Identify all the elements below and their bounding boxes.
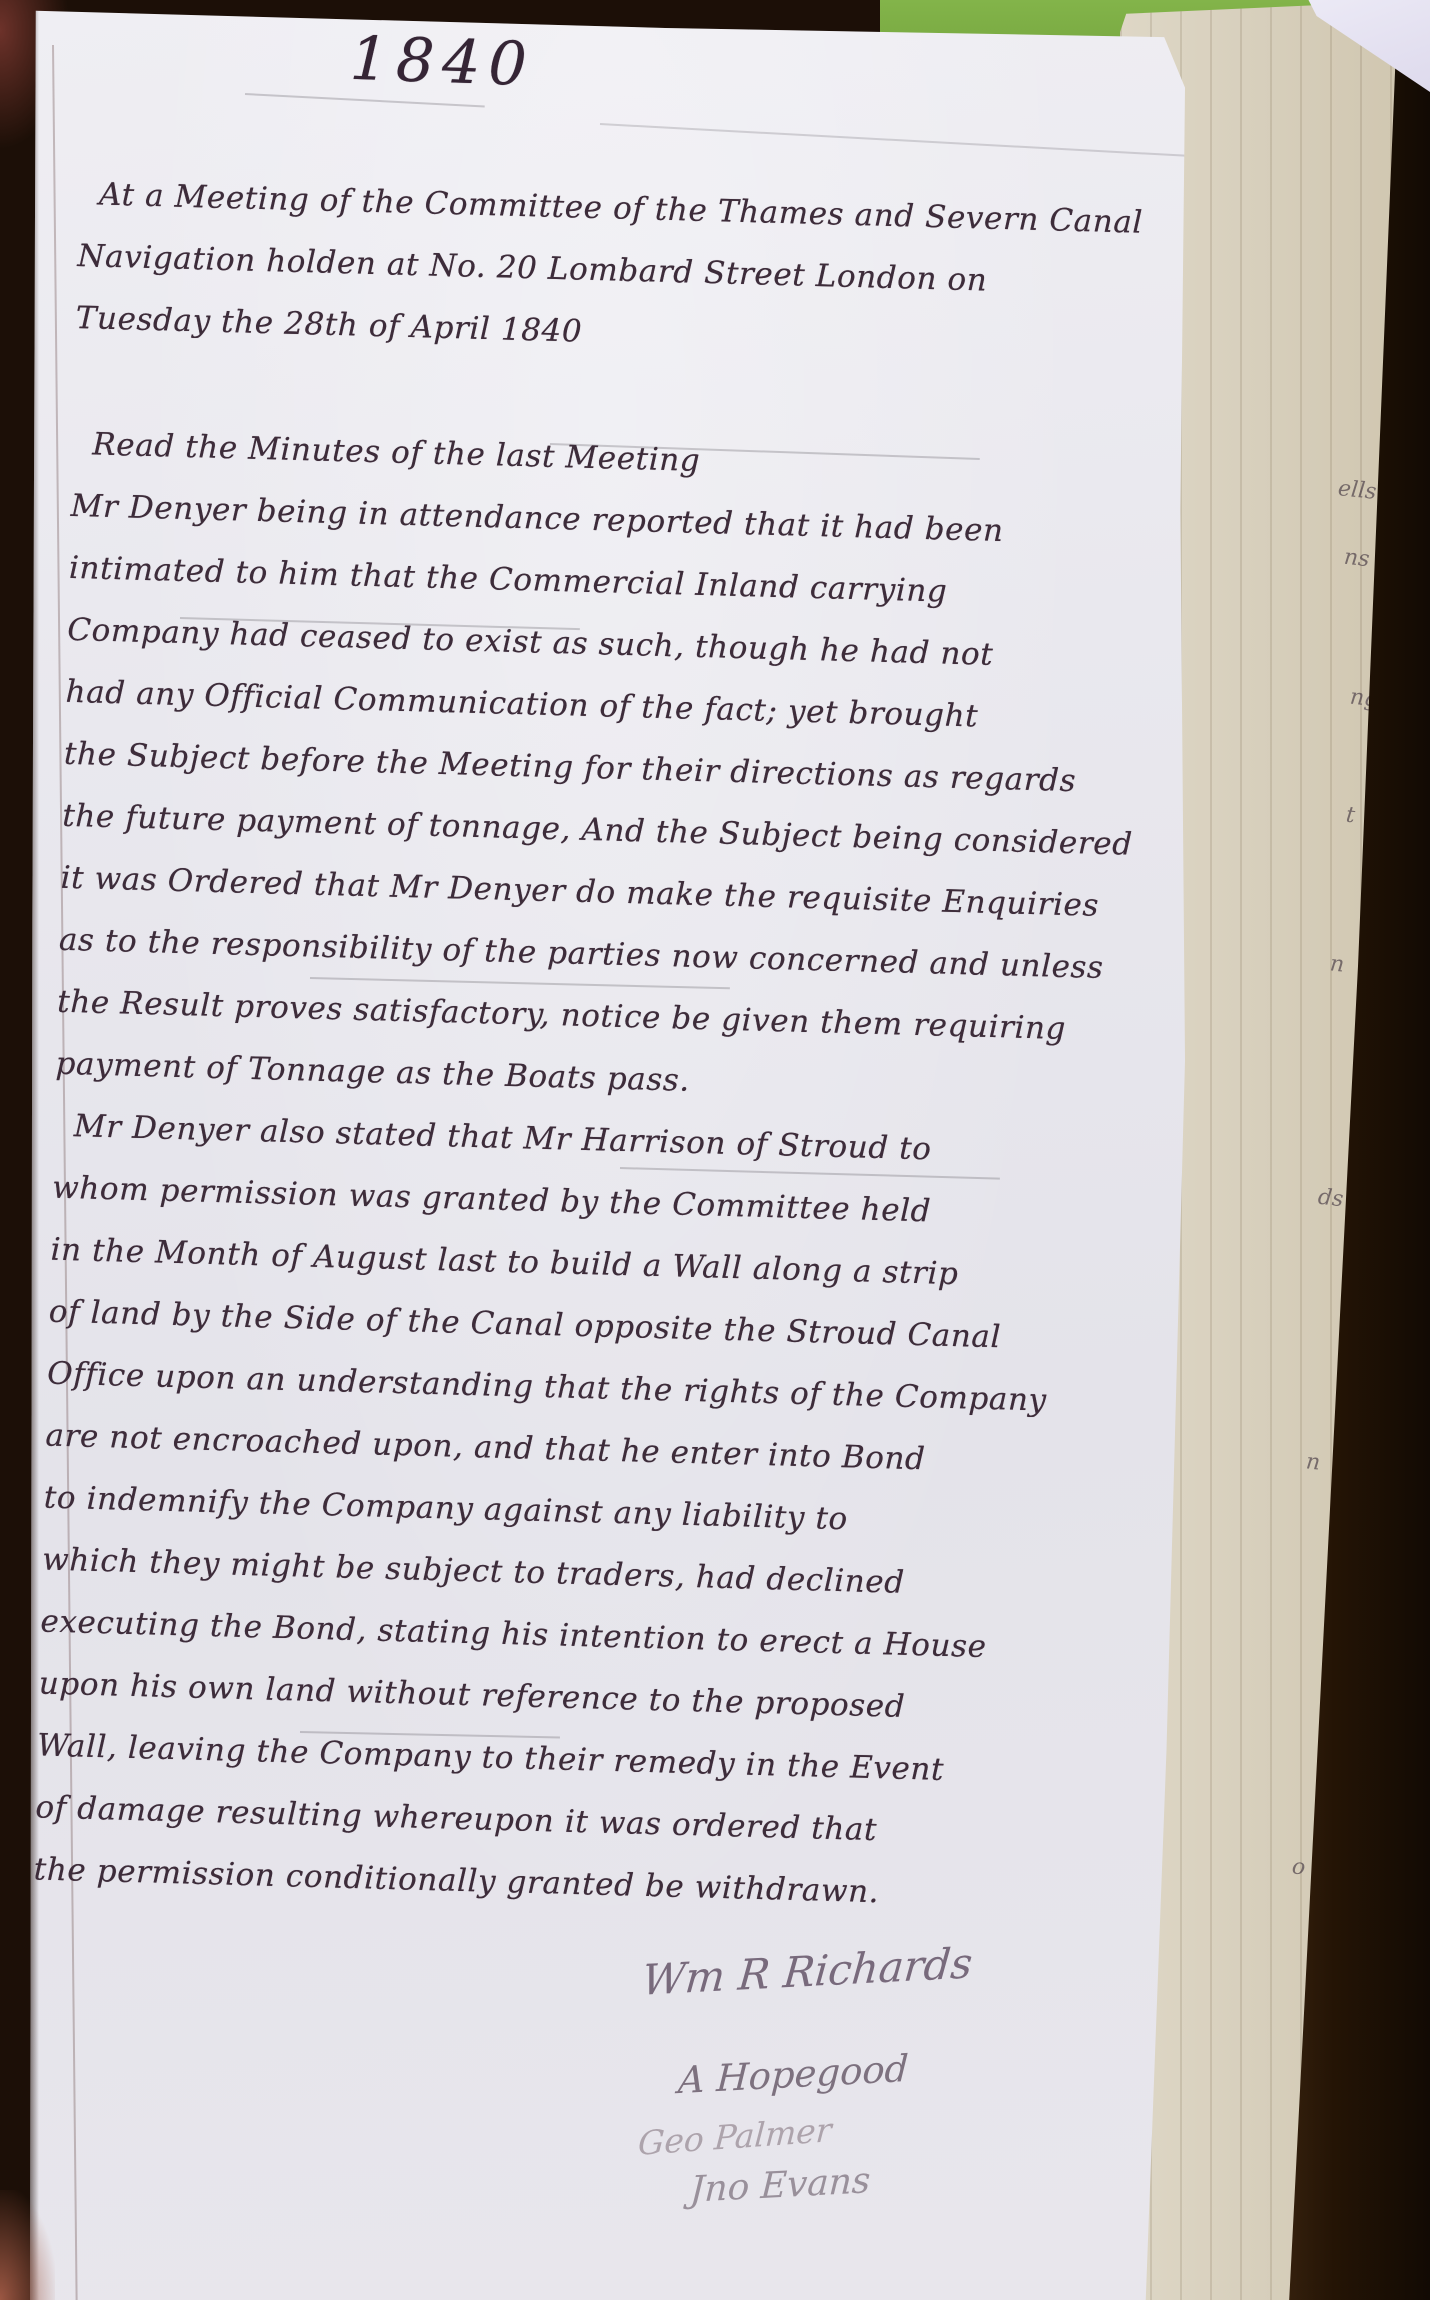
- signature: Geo Palmer: [637, 2110, 833, 2163]
- signature: Wm R Richards: [640, 1938, 974, 2005]
- adjacent-page-text-fragment: ns: [1343, 545, 1371, 573]
- manuscript-photo: 1840 At a Meeting of the Committee of th…: [0, 0, 1430, 2300]
- gutter-shadow: [30, 5, 39, 2300]
- year-heading: 1840: [349, 24, 536, 100]
- manuscript-page: 1840 At a Meeting of the Committee of th…: [30, 5, 1185, 2300]
- adjacent-page-text-fragment: ds: [1317, 1185, 1345, 1213]
- manuscript-text: At a Meeting of the Committee of the Tha…: [33, 163, 1010, 1926]
- adjacent-page-text-fragment: o: [1291, 1854, 1307, 1880]
- adjacent-page-text-fragment: n: [1305, 1449, 1322, 1475]
- adjacent-page-text-fragment: n: [1329, 951, 1346, 977]
- signature: Jno Evans: [689, 2160, 871, 2211]
- cover-corner-bottom-left: [0, 2190, 55, 2300]
- signature: A Hopegood: [677, 2047, 909, 2102]
- adjacent-page-text-fragment: ells: [1337, 476, 1378, 505]
